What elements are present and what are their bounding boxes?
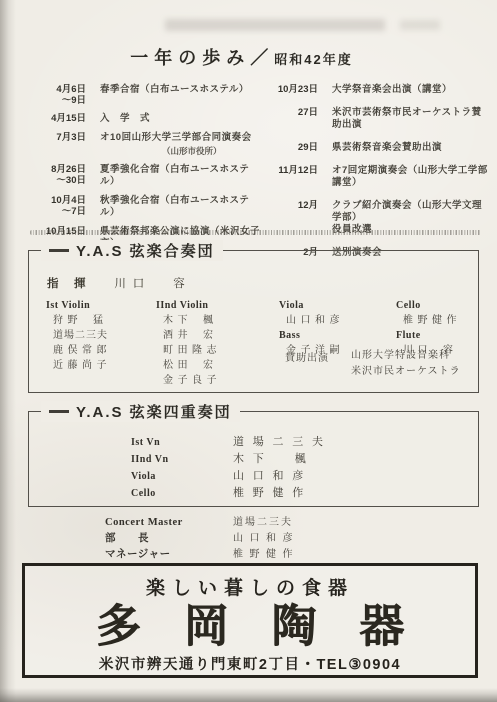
member-name: 近 藤 尚 子: [46, 358, 156, 373]
member-name: 金 子 良 子: [156, 373, 279, 388]
member-name: 椎 野 健 作: [396, 313, 478, 328]
quartet-part-label: Ist Vn: [131, 437, 233, 448]
page-title: 一年の歩み／昭和42年度: [0, 44, 483, 70]
support-label: 賛助出演: [285, 349, 329, 380]
schedule-row: 8月26日 〜30日 夏季強化合宿（白布ユースホステル）: [30, 164, 262, 188]
schedule-date: 4月15日: [30, 113, 86, 125]
support-performers: 賛助出演 山形大学特設音楽科米沢市民オーケストラ: [285, 348, 461, 380]
schedule-date: 10月4日 〜7日: [30, 195, 86, 219]
quartet-box: Y.A.S 弦楽四重奏団 Ist Vn 道 場 二 三 夫 IInd Vn 木 …: [28, 411, 479, 507]
ensemble-box: Y.A.S 弦楽合奏団 指 揮 川 口 容 Ist Violin狩 野 猛道場二…: [28, 250, 479, 393]
page-title-main: 一年の歩み／: [130, 48, 274, 68]
quartet-row: Cello 椎 野 健 作: [131, 484, 478, 501]
quartet-row: Viola 山 口 和 彦: [131, 467, 478, 484]
schedule-event: 県芸術祭音楽会賛助出演: [332, 142, 442, 154]
staff-row: Concert Master 道場二三夫: [105, 513, 295, 529]
instrument-section-header: IInd Violin: [156, 300, 279, 311]
support-line: 山形大学特設音楽科: [351, 348, 461, 364]
schedule-date: 10月23日: [262, 84, 318, 96]
schedule-event-text: 大学祭音楽会出演（講堂）: [332, 84, 452, 96]
advertisement-box: 楽しい暮しの食器 多岡陶器 米沢市辨天通り門東町2丁目・TEL③0904: [22, 563, 478, 678]
instrument-section-header: Bass: [279, 330, 396, 341]
staff-row: 部 長 山 口 和 彦: [105, 529, 295, 545]
ensemble-box-title: Y.A.S 弦楽合奏団: [41, 240, 223, 261]
staff-member-name: 道場二三夫: [233, 513, 293, 528]
quartet-member-name: 木 下 楓: [233, 450, 309, 466]
staff-member-name: 山 口 和 彦: [233, 529, 295, 544]
schedule-row: 7月3日 オ10回山形大学三学部合同演奏会 （山形市役所）: [30, 132, 262, 157]
ornamental-separator: [30, 230, 481, 235]
schedule-date: 27日: [262, 107, 318, 131]
ad-shop-name: 多岡陶器: [25, 601, 497, 651]
schedule-event-text: 秋季強化合宿（白布ユースホステル）: [100, 195, 262, 219]
member-name: 木 下 楓: [156, 313, 279, 328]
staff-row: マネージャー 椎 野 健 作: [105, 545, 295, 561]
instrument-section-header: Viola: [279, 300, 396, 311]
schedule-row: 4月15日 入 学 式: [30, 113, 262, 125]
schedule-row: 11月12日 オ7回定期演奏会（山形大学工学部講堂）: [262, 165, 491, 189]
member-name: 山 口 和 彦: [279, 313, 396, 328]
scanned-program-page: 一年の歩み／昭和42年度 4月6日 〜9日 春季合宿（白布ユースホステル） 4月…: [0, 0, 497, 702]
instrument-section-header: Cello: [396, 300, 478, 311]
ad-tagline: 楽しい暮しの食器: [25, 573, 475, 600]
staff-list: Concert Master 道場二三夫 部 長 山 口 和 彦 マネージャー …: [105, 513, 295, 561]
quartet-row: IInd Vn 木 下 楓: [131, 450, 478, 467]
member-name: 町 田 隆 志: [156, 343, 279, 358]
staff-role-label: 部 長: [105, 530, 233, 545]
quartet-part-label: Viola: [131, 471, 233, 482]
member-name: 鹿 俣 常 郎: [46, 343, 156, 358]
schedule-event-text: 夏季強化合宿（白布ユースホステル）: [100, 164, 262, 188]
show-through-ghost-text: [400, 20, 440, 30]
schedule-event: 春季合宿（白布ユースホステル）: [100, 84, 249, 106]
schedule-event: 大学祭音楽会出演（講堂）: [332, 84, 452, 96]
member-column: Ist Violin狩 野 猛道場二三夫鹿 俣 常 郎近 藤 尚 子: [46, 298, 156, 388]
quartet-part-label: IInd Vn: [131, 454, 233, 465]
member-name: 道場二三夫: [46, 328, 156, 343]
legend-dash: [49, 249, 69, 252]
schedule-event-note: （山形市役所）: [162, 145, 252, 157]
quartet-title-text: Y.A.S 弦楽四重奏団: [76, 401, 232, 422]
quartet-member-rows: Ist Vn 道 場 二 三 夫 IInd Vn 木 下 楓 Viola 山 口…: [131, 433, 478, 501]
conductor-line: 指 揮 川 口 容: [47, 275, 478, 291]
schedule-row: 27日 米沢市芸術祭市民オーケストラ賛助出演: [262, 107, 491, 131]
schedule-date: 11月12日: [262, 165, 318, 189]
legend-dash: [49, 410, 69, 413]
member-column: IInd Violin木 下 楓酒 井 宏町 田 隆 志松 田 宏金 子 良 子: [156, 298, 279, 388]
schedule-event: オ10回山形大学三学部合同演奏会 （山形市役所）: [100, 132, 252, 157]
quartet-part-label: Cello: [131, 488, 233, 499]
schedule-event-text: 県芸術祭音楽会賛助出演: [332, 142, 442, 154]
schedule-date: 4月6日 〜9日: [30, 84, 86, 106]
scan-shadow-left: [0, 0, 16, 702]
support-lines: 山形大学特設音楽科米沢市民オーケストラ: [351, 348, 461, 380]
staff-role-label: マネージャー: [105, 546, 233, 561]
schedule-event: 秋季強化合宿（白布ユースホステル）: [100, 195, 262, 219]
show-through-ghost-text: [165, 19, 385, 31]
support-line: 米沢市民オーケストラ: [351, 364, 461, 380]
instrument-section-header: Flute: [396, 330, 478, 341]
conductor-name: 川 口 容: [114, 278, 186, 290]
quartet-member-name: 山 口 和 彦: [233, 467, 306, 483]
member-name: 松 田 宏: [156, 358, 279, 373]
schedule-date: 7月3日: [30, 132, 86, 157]
schedule-event-text: 入 学 式: [100, 113, 150, 125]
schedule-row: 10月4日 〜7日 秋季強化合宿（白布ユースホステル）: [30, 195, 262, 219]
quartet-member-name: 椎 野 健 作: [233, 484, 306, 500]
page-title-year: 昭和42年度: [274, 52, 352, 67]
ensemble-title-text: Y.A.S 弦楽合奏団: [76, 240, 215, 261]
schedule-event-text: 米沢市芸術祭市民オーケストラ賛助出演: [332, 107, 491, 131]
schedule-event: 米沢市芸術祭市民オーケストラ賛助出演: [332, 107, 491, 131]
staff-role-label: Concert Master: [105, 517, 233, 528]
scan-shadow-bottom: [0, 688, 497, 702]
quartet-member-name: 道 場 二 三 夫: [233, 433, 326, 449]
schedule-row: 4月6日 〜9日 春季合宿（白布ユースホステル）: [30, 84, 262, 106]
member-name: 酒 井 宏: [156, 328, 279, 343]
quartet-row: Ist Vn 道 場 二 三 夫: [131, 433, 478, 450]
schedule-event-text: オ7回定期演奏会（山形大学工学部講堂）: [332, 165, 491, 189]
schedule-date: 29日: [262, 142, 318, 154]
staff-member-name: 椎 野 健 作: [233, 545, 295, 560]
ad-address: 米沢市辨天通り門東町2丁目・TEL③0904: [25, 653, 475, 674]
schedule-event-text: オ10回山形大学三学部合同演奏会: [100, 132, 252, 144]
conductor-label: 指 揮: [47, 278, 88, 290]
schedule-event: 入 学 式: [100, 113, 150, 125]
schedule-row: 29日 県芸術祭音楽会賛助出演: [262, 142, 491, 154]
schedule-event: オ7回定期演奏会（山形大学工学部講堂）: [332, 165, 491, 189]
schedule-event: 夏季強化合宿（白布ユースホステル）: [100, 164, 262, 188]
schedule-right-column: 10月23日 大学祭音楽会出演（講堂） 27日 米沢市芸術祭市民オーケストラ賛助…: [262, 84, 491, 270]
member-name: 狩 野 猛: [46, 313, 156, 328]
schedule-date: 8月26日 〜30日: [30, 164, 86, 188]
quartet-box-title: Y.A.S 弦楽四重奏団: [41, 401, 240, 422]
schedule-event-text: 春季合宿（白布ユースホステル）: [100, 84, 249, 96]
instrument-section-header: Ist Violin: [46, 300, 156, 311]
schedule-row: 10月23日 大学祭音楽会出演（講堂）: [262, 84, 491, 96]
